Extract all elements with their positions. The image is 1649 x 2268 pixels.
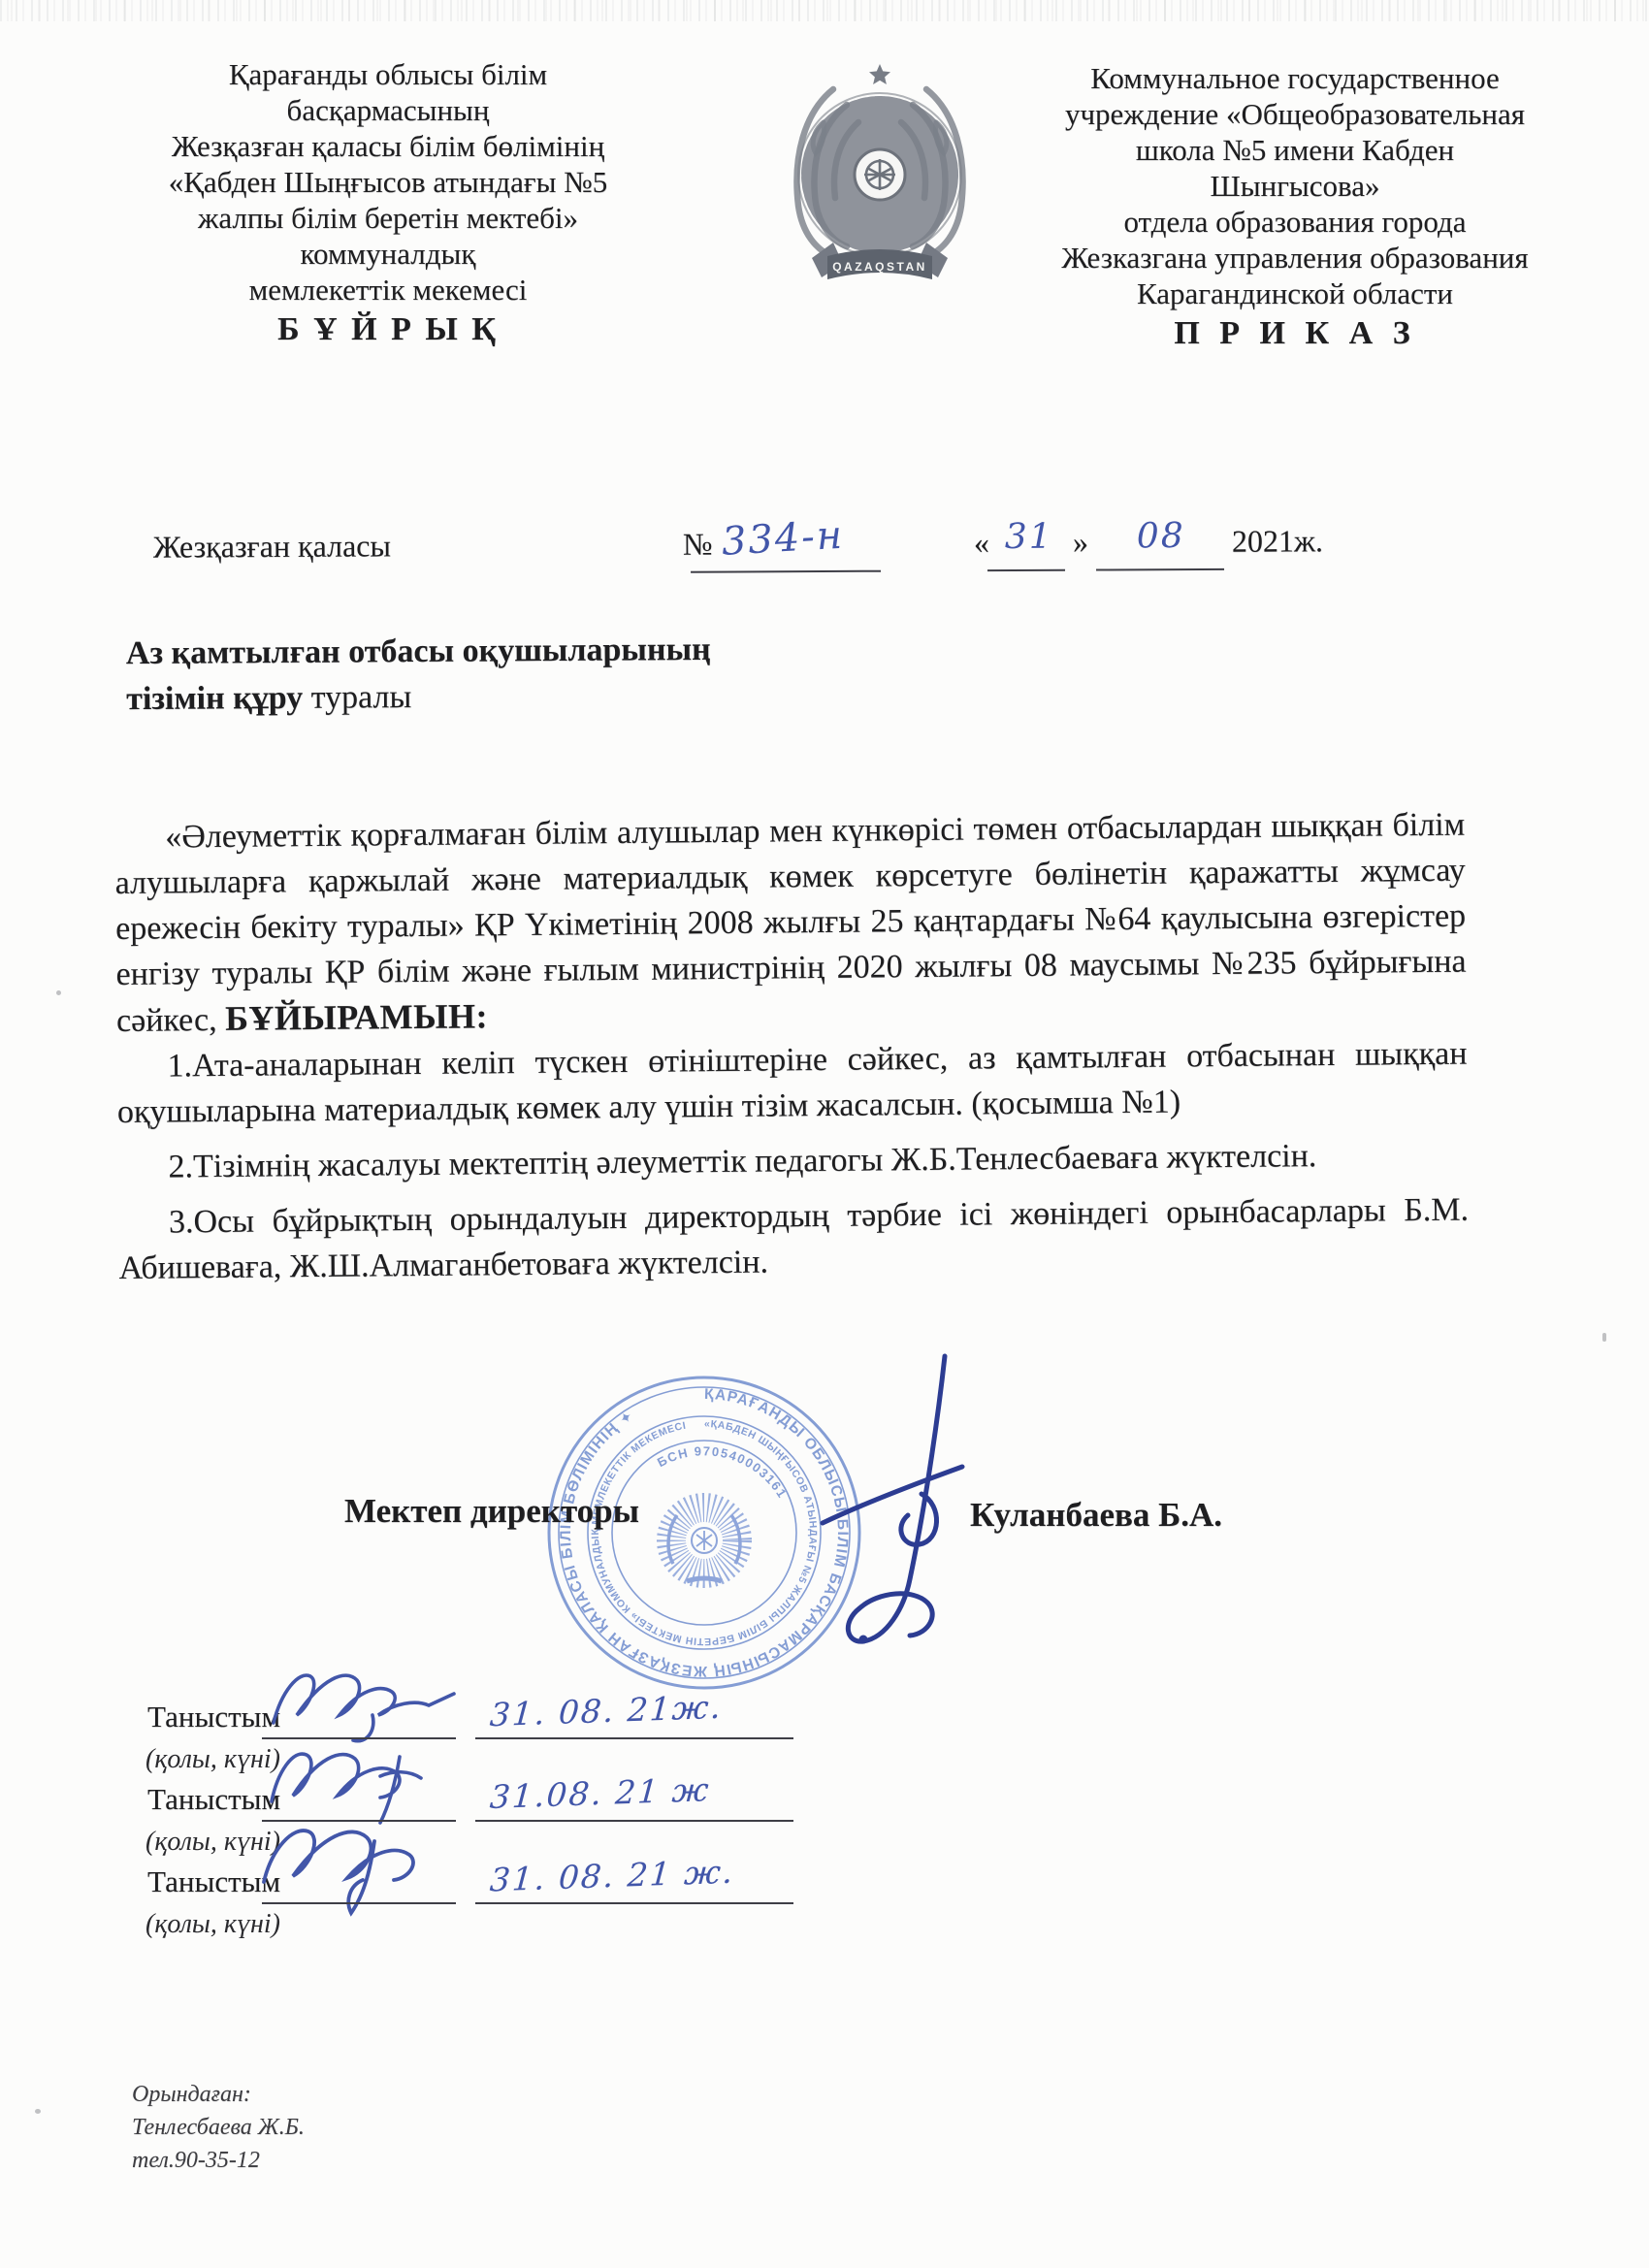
director-name: Куланбаева Б.А. — [970, 1496, 1222, 1535]
subject-line-1: Аз қамтылған отбасы оқушыларының — [126, 627, 711, 676]
executor-block: Орындаған: Тенлесбаева Ж.Б. тел.90-35-12 — [132, 2078, 305, 2177]
ack-date-1: 31. 08. 21ж. — [489, 1688, 725, 1733]
header-right-line: отдела образования города — [1020, 204, 1569, 240]
director-role: Мектеп директоры — [344, 1492, 639, 1531]
subject-line2-normal: туралы — [303, 679, 411, 716]
month-underline — [1096, 568, 1224, 571]
ack-date-line-3 — [475, 1902, 793, 1904]
header-left-line: коммуналдық — [145, 236, 630, 272]
header-right-russian: Коммунальное государственное учреждение … — [1020, 60, 1569, 351]
header-right-line: Жезказгана управления образования — [1020, 240, 1569, 275]
ack-caption-1: (қолы, күні) — [145, 1744, 280, 1775]
ack-date-3: 31. 08. 21 ж. — [489, 1853, 736, 1899]
header-left-kazakh: Қарағанды облысы білім басқармасының Жез… — [145, 56, 630, 347]
subject-line-2: тізімін құру туралы — [126, 672, 711, 722]
order-city: Жезқазған қаласы — [153, 528, 391, 565]
subject-line2-bold: тізімін құру — [126, 680, 303, 717]
ack-label-1: Таныстым — [147, 1700, 280, 1734]
order-intro-paragraph: «Әлеуметтік қорғалмаған білім алушылар м… — [114, 802, 1467, 1044]
header-right-line: Шынгысова» — [1020, 168, 1569, 204]
executor-line: Орындаған: — [132, 2078, 305, 2111]
order-point-2: 2.Тізімнің жасалуы мектептің әлеуметтік … — [117, 1132, 1468, 1190]
date-month-handwritten: 08 — [1137, 516, 1185, 556]
scan-speck — [35, 2109, 41, 2114]
order-number-label: № — [683, 527, 713, 563]
date-year: 2021ж. — [1232, 523, 1323, 559]
header-left-line: Қарағанды облысы білім — [145, 56, 630, 92]
header-left-line: жалпы білім беретін мектебі» — [145, 200, 630, 236]
header-left-line: басқармасының — [145, 92, 630, 128]
order-subject: Аз қамтылған отбасы оқушыларының тізімін… — [126, 627, 711, 722]
director-signature-ink — [803, 1348, 978, 1659]
order-title-kazakh: Б Ұ Й Р Ы Қ — [145, 311, 630, 347]
scan-speck — [56, 990, 61, 995]
day-underline — [987, 569, 1065, 571]
date-quote-close: » — [1073, 525, 1088, 561]
order-point-1: 1.Ата-аналарынан келіп түскен өтініштері… — [116, 1031, 1468, 1135]
ack-date-line-2 — [475, 1820, 793, 1822]
header-left-line: «Қабден Шыңғысов атындағы №5 — [145, 164, 630, 200]
emblem-banner-text: QAZAQSTAN — [832, 260, 927, 274]
executor-line: тел.90-35-12 — [132, 2144, 305, 2177]
ack-date-line-1 — [475, 1737, 793, 1739]
ack-date-2: 31.08. 21 ж — [489, 1770, 712, 1816]
header-right-line: Карагандинской области — [1020, 275, 1569, 311]
header-left-line: мемлекеттік мекемесі — [145, 272, 630, 308]
ack-signature-line-3 — [262, 1902, 456, 1904]
header-right-line: учреждение «Общеобразовательная — [1020, 96, 1569, 132]
number-underline — [691, 570, 881, 573]
ack-signature-ink-1 — [264, 1655, 472, 1747]
order-title-russian: П Р И К А З — [1020, 315, 1569, 351]
order-meta-line: Жезқазған қаласы № 334-н « 31 » 08 2021ж… — [0, 520, 1649, 606]
scanned-order-document: Қарағанды облысы білім басқармасының Жез… — [0, 0, 1649, 2268]
ack-caption-3: (қолы, күні) — [145, 1909, 280, 1940]
date-day-handwritten: 31 — [1005, 517, 1053, 557]
header-right-line: школа №5 имени Кабден — [1020, 132, 1569, 168]
stamp-center-emblem — [668, 1507, 740, 1581]
date-quote-open: « — [974, 525, 989, 561]
executor-line: Тенлесбаева Ж.Б. — [132, 2111, 305, 2144]
order-point-3: 3.Осы бұйрықтың орындалуын директордың т… — [118, 1187, 1470, 1291]
emblem-star-icon — [869, 64, 890, 84]
header-right-line: Коммунальное государственное — [1020, 60, 1569, 96]
order-number-handwritten: 334-н — [721, 513, 846, 565]
scan-speck — [1602, 1333, 1606, 1342]
order-body: «Әлеуметтік қорғалмаған білім алушылар м… — [114, 802, 1470, 1291]
order-word: БҰЙЫРАМЫН: — [225, 996, 488, 1038]
header-left-line: Жезқазған қаласы білім бөлімінің — [145, 128, 630, 164]
kazakhstan-emblem-icon: QAZAQSTAN — [769, 58, 990, 291]
scan-noise-artifact — [0, 0, 1649, 21]
